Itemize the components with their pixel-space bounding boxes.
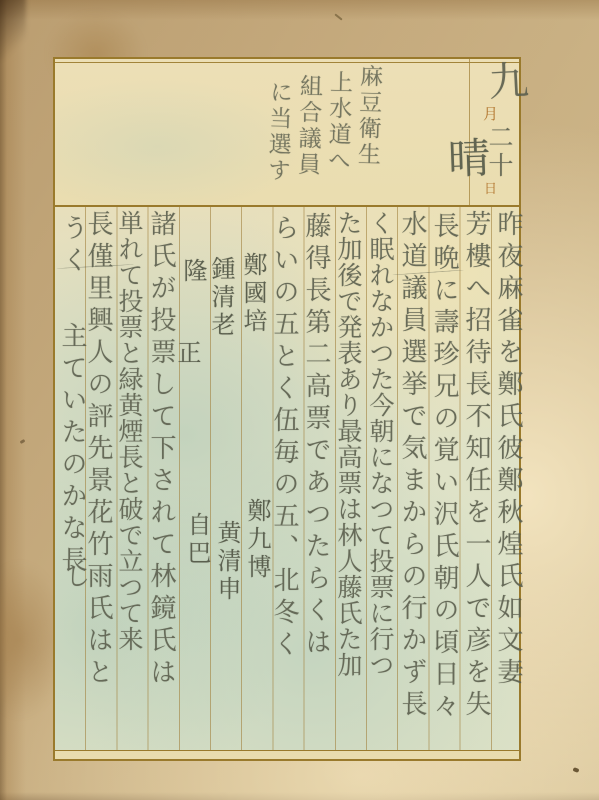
name-column: 黄清申 [210,520,245,604]
text-column: し [57,562,94,594]
paper-speck [20,439,26,444]
text-column: 長晩に壽珍兄の覚い沢氏朝の頃日々 [426,212,463,724]
name-column: 鄭國培 [236,252,271,336]
text-column: 芳樓へ招待長不知任を一人で彦を失 [458,210,495,722]
text-column: た加後で発表あり最高票は林人藤氏た加 [330,210,366,678]
printed-day-label: 日 [484,178,497,197]
text-column: く眠れなかつた今朝になつて投票に行つ [362,210,398,678]
text-column: らいの五とく伍毎の五、北冬く [266,214,303,662]
text-column: 昨夜麻雀を鄭氏彼鄭秋煌氏如文妻 [490,210,527,690]
handwritten-month: 九 [476,59,535,102]
printed-month-label: 月 [483,103,498,124]
diary-page-scan: 月 日 九 二十 晴 麻豆衛生 上水道へ 組合議員 に当選す 昨夜麻雀を鄭氏彼鄭… [0,0,599,800]
paper-speck [572,767,579,773]
text-column: 主ていたのかな長 [54,322,91,578]
handwritten-weather: 晴 [435,135,496,179]
header-note-column: に当選す [261,80,297,185]
text-column: 諸氏が投票して下されて林鏡氏は [143,210,180,690]
paper-speck [334,13,342,20]
text-column: うく [55,214,92,278]
name-column: 鄭九博 [240,498,275,582]
text-column: 水道議員選挙で気まからの行かず長 [394,210,431,722]
name-column: 隆 [176,258,211,286]
name-column: 自巴 [180,512,215,568]
page-corner-shadow [0,0,26,60]
text-column: 藤得長第二高票であつたらくは [298,212,335,660]
